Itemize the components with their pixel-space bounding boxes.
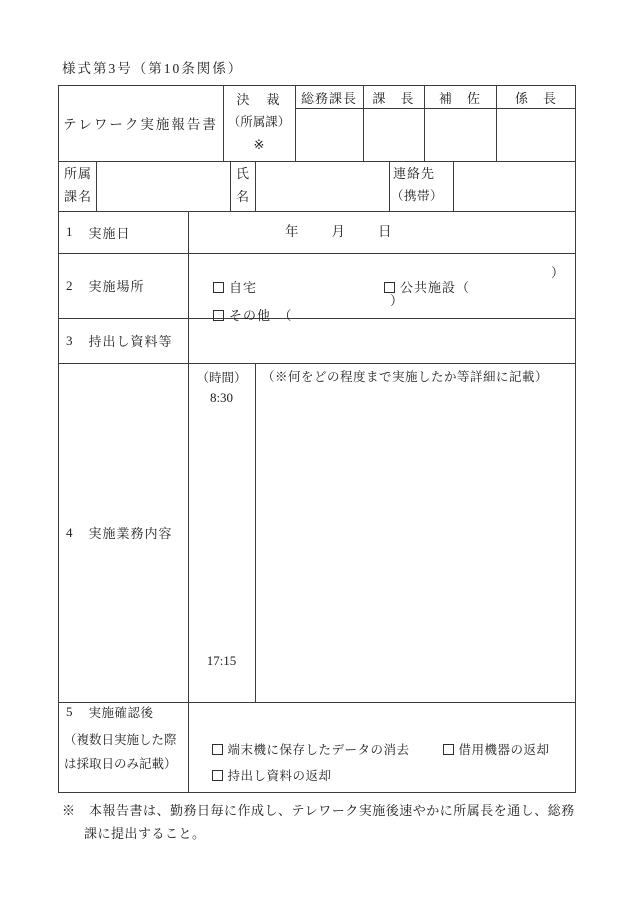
checkbox-home[interactable] — [213, 282, 224, 293]
row-confirmation-label: 5 実施確認後 — [58, 700, 190, 724]
contact-field — [454, 162, 575, 210]
report-title: テレワーク実施報告書 — [58, 85, 223, 161]
checkbox-equipment-return[interactable] — [443, 744, 454, 755]
row2-number: 2 — [66, 278, 73, 294]
row5-label-line2: （複数日実施した際 — [64, 733, 177, 748]
footnote-line1: ※ 本報告書は、勤務日毎に作成し、テレワーク実施後速やかに所属長を通し、総務 — [62, 803, 575, 818]
checkbox-public-facility[interactable] — [384, 282, 395, 293]
name-field — [256, 162, 388, 210]
stamp-box-general-affairs-chief — [296, 109, 362, 160]
divider — [389, 161, 390, 211]
other-close-paren: ） — [390, 293, 404, 308]
end-time: 17:15 — [188, 653, 255, 669]
section-name-label-line2: 課名 — [64, 189, 92, 204]
stamp-box-subsection-chief — [497, 109, 575, 160]
contact-label-line2: （携帯） — [391, 189, 443, 204]
telework-report-form-page: 様式第3号（第10条関係） テレワーク実施報告書 決 裁 （所属課） ※ 総務課… — [0, 0, 630, 903]
materials-field — [189, 319, 575, 362]
stamp-box-assistant — [425, 109, 495, 160]
row4-number: 4 — [66, 525, 73, 541]
approver-header-general-affairs-chief: 総務課長 — [295, 87, 363, 107]
row1-label: 実施日 — [89, 223, 131, 242]
row2-label: 実施場所 — [89, 276, 145, 295]
option-public-facility-label: 公共施設（ — [400, 280, 470, 295]
decision-sub-label: （所属課） — [223, 112, 295, 130]
name-label-line2: 名 — [236, 189, 250, 204]
public-facility-close-paren: ） — [551, 265, 565, 280]
section-name-label-line1: 所属 — [64, 166, 92, 181]
form-number: 様式第3号（第10条関係） — [62, 61, 243, 76]
time-column-header: （時間） — [188, 368, 255, 385]
row-implementation-date-label: 1 実施日 — [58, 211, 188, 253]
approver-header-assistant: 補 佐 — [424, 87, 496, 107]
row3-label: 持出し資料等 — [89, 331, 173, 350]
section-name-field — [97, 162, 229, 210]
option-materials-return: 持出し資料の返却 — [197, 754, 332, 799]
approver-header-subsection-chief: 係 長 — [496, 87, 576, 107]
work-content-field — [256, 390, 575, 701]
start-time: 8:30 — [188, 390, 255, 406]
row5-number: 5 — [66, 704, 73, 720]
footnote-line2: 課に提出すること。 — [84, 826, 206, 841]
row4-label: 実施業務内容 — [89, 523, 173, 542]
row-materials-label: 3 持出し資料等 — [58, 318, 188, 363]
name-label-line1: 氏 — [236, 166, 250, 181]
divider — [230, 161, 231, 211]
row5-label-line1: 実施確認後 — [89, 703, 154, 721]
option-equipment-return: 借用機器の返却 — [428, 728, 550, 773]
row-implementation-place-label: 2 実施場所 — [58, 253, 188, 318]
date-value: 年 月 日 — [285, 224, 394, 239]
option-public-facility: 公共施設（ — [367, 265, 470, 310]
option-equipment-return-label: 借用機器の返却 — [459, 743, 550, 757]
row1-number: 1 — [66, 224, 73, 240]
work-detail-note: （※何をどの程度まで実施したか等詳細に記載） — [262, 370, 548, 385]
row5-label-line3: は採取日のみ記載） — [64, 757, 177, 772]
row-work-content-label: 4 実施業務内容 — [58, 363, 188, 702]
stamp-box-section-chief — [364, 109, 423, 160]
decision-label: 決 裁 — [223, 89, 295, 107]
option-materials-return-label: 持出し資料の返却 — [228, 769, 332, 783]
decision-note-mark: ※ — [223, 136, 295, 154]
contact-label-line1: 連絡先 — [393, 166, 435, 181]
checkbox-materials-return[interactable] — [212, 770, 223, 781]
row3-number: 3 — [66, 333, 73, 349]
approver-header-section-chief: 課 長 — [363, 87, 424, 107]
